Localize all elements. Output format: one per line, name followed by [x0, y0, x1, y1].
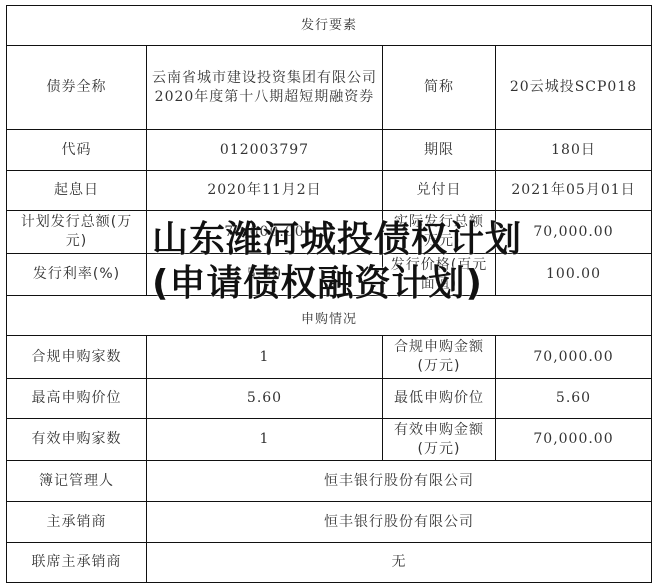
- value-highest-bid: 5.60: [147, 379, 383, 419]
- label-valid-amount: 有效申购金额(万元): [383, 419, 496, 461]
- label-bookrunner: 簿记管理人: [7, 461, 147, 502]
- value-term: 180日: [496, 130, 652, 171]
- value-lead-underwriter: 恒丰银行股份有限公司: [147, 502, 652, 543]
- value-valid-bidders: 1: [147, 419, 383, 461]
- label-short-name: 简称: [383, 46, 496, 130]
- label-code: 代码: [7, 130, 147, 171]
- value-joint-lead-underwriter: 无: [147, 543, 652, 583]
- value-full-name: 云南省城市建设投资集团有限公司2020年度第十八期超短期融资券: [147, 46, 383, 130]
- value-short-name: 20云城投SCP018: [496, 46, 652, 130]
- overlay-headline-line1: 山东潍河城投债权计划: [152, 218, 532, 262]
- label-maturity-date: 兑付日: [383, 171, 496, 211]
- value-lowest-bid: 5.60: [496, 379, 652, 419]
- section-header-issuance-elements: 发行要素: [7, 6, 652, 46]
- label-valid-bidders: 有效申购家数: [7, 419, 147, 461]
- label-full-name: 债券全称: [7, 46, 147, 130]
- value-bookrunner: 恒丰银行股份有限公司: [147, 461, 652, 502]
- value-maturity-date: 2021年05月01日: [496, 171, 652, 211]
- label-highest-bid: 最高申购价位: [7, 379, 147, 419]
- label-value-date: 起息日: [7, 171, 147, 211]
- label-compliant-bidders: 合规申购家数: [7, 336, 147, 379]
- label-coupon-rate: 发行利率(%): [7, 254, 147, 296]
- overlay-headline: 山东潍河城投债权计划 (申请债权融资计划): [152, 218, 532, 306]
- value-code: 012003797: [147, 130, 383, 171]
- value-compliant-bidders: 1: [147, 336, 383, 379]
- label-planned-amount: 计划发行总额(万元): [7, 211, 147, 254]
- overlay-headline-line2: (申请债权融资计划): [152, 262, 532, 306]
- value-compliant-amount: 70,000.00: [496, 336, 652, 379]
- label-lowest-bid: 最低申购价位: [383, 379, 496, 419]
- value-valid-amount: 70,000.00: [496, 419, 652, 461]
- label-compliant-amount: 合规申购金额(万元): [383, 336, 496, 379]
- label-term: 期限: [383, 130, 496, 171]
- label-joint-lead-underwriter: 联席主承销商: [7, 543, 147, 583]
- value-value-date: 2020年11月2日: [147, 171, 383, 211]
- label-lead-underwriter: 主承销商: [7, 502, 147, 543]
